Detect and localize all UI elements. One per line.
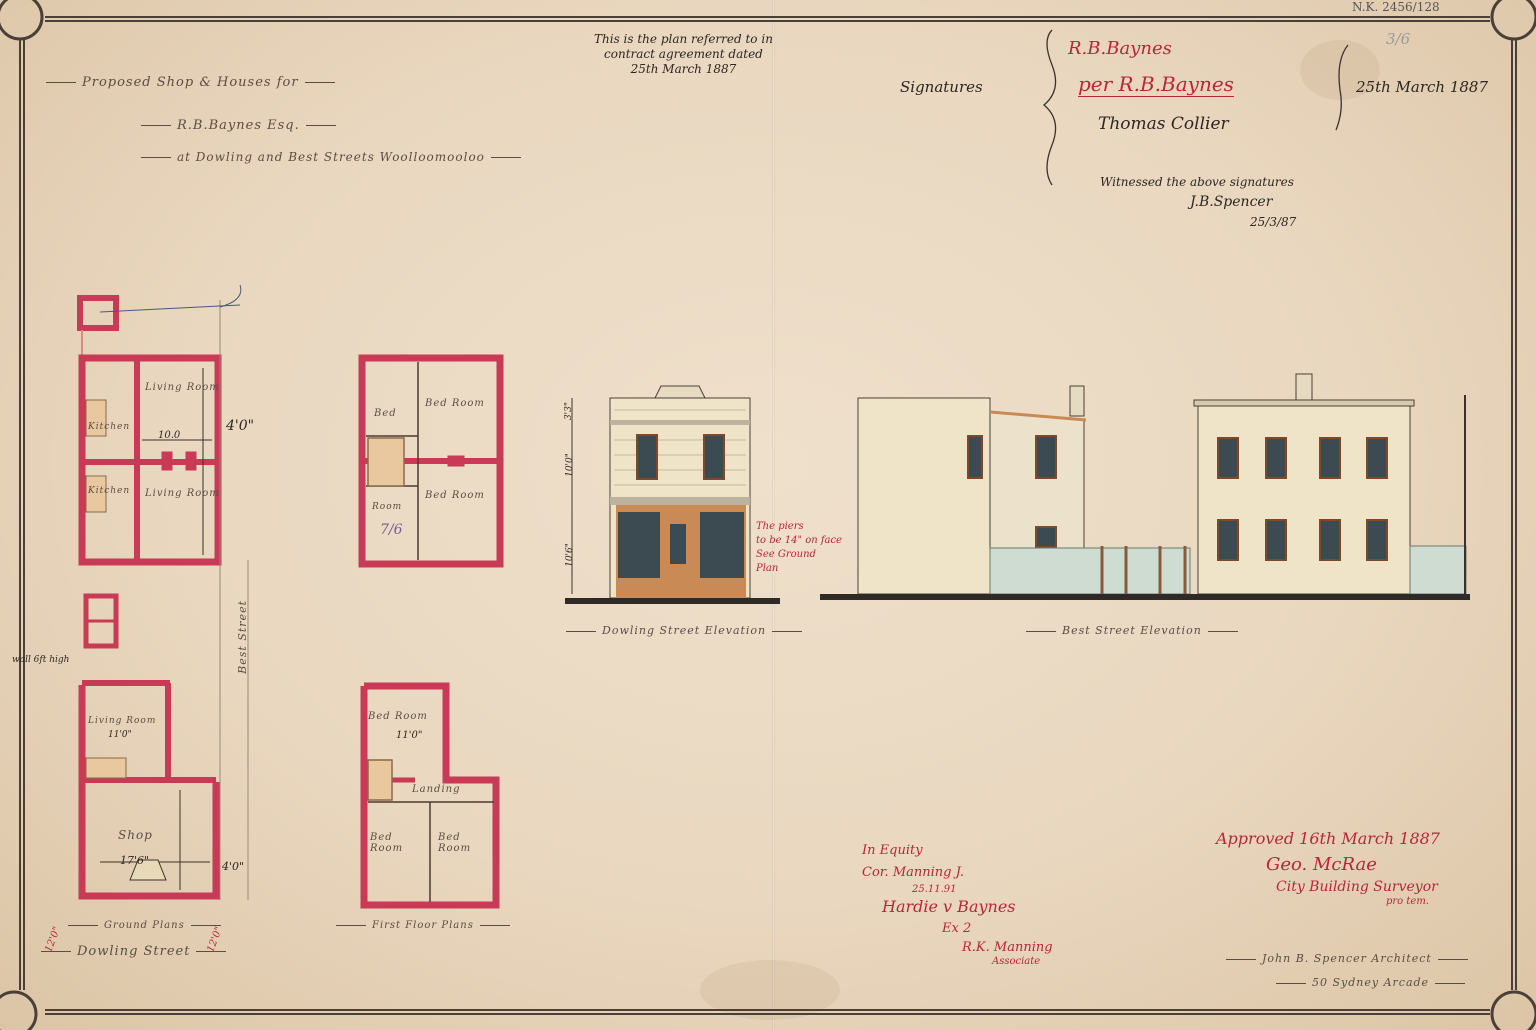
signatures-label: Signatures [900, 78, 983, 96]
title-client: R.B.Baynes Esq. [135, 118, 342, 133]
approval-pro-tem: pro tem. [1216, 896, 1440, 908]
dim-elevation: 10'0" [565, 453, 575, 477]
dim-upper: 7/6 [380, 522, 403, 538]
signature-date: 25th March 1887 [1356, 78, 1488, 96]
dim-elevation: 3'3" [564, 402, 574, 420]
wall-note: wall 6ft high [12, 655, 72, 665]
piers-note-line: to be 14" on face [756, 534, 842, 548]
dowling-street-label: Dowling Street [35, 944, 232, 959]
equity-line: Cor. Manning J. [862, 862, 1053, 884]
drawing-sheet: N.K. 2456/128 3/6 Proposed Shop & Houses… [0, 0, 1536, 1030]
equity-date: 25.11.91 [862, 884, 1053, 896]
best-elevation-caption: Best Street Elevation [1020, 624, 1244, 637]
room-label: Living Room [145, 488, 220, 499]
room-label-landing: Landing [412, 784, 460, 795]
equity-associate-title: Associate [862, 956, 1053, 968]
piers-note-line: Plan [756, 562, 842, 576]
approval-title: City Building Surveyor [1216, 878, 1440, 896]
room-label: Kitchen [88, 486, 130, 496]
room-label-shop: Shop [118, 828, 153, 842]
dim-side: 4'0" [226, 418, 254, 434]
equity-note: In Equity Cor. Manning J. 25.11.91 Hardi… [862, 840, 1053, 968]
approval-date: Approved 16th March 1887 [1216, 826, 1440, 852]
piers-note-line: The piers [756, 520, 842, 534]
equity-exhibit: Ex 2 [862, 918, 1053, 940]
best-elevation [820, 374, 1470, 600]
piers-note: The piers to be 14" on face See Ground P… [756, 520, 842, 576]
dowling-elevation [565, 386, 780, 604]
catalogue-ref: N.K. 2456/128 [1352, 0, 1440, 14]
first-floor-caption: First Floor Plans [330, 920, 516, 931]
dim-lower: 11'0" [396, 730, 422, 741]
room-label: Bed [374, 408, 397, 419]
architect-address: 50 Sydney Arcade [1270, 976, 1471, 989]
witness-signature: J.B.Spencer [1100, 192, 1296, 212]
architect-name: John B. Spencer Architect [1220, 952, 1474, 965]
dim-shop-width: 17'6" [120, 854, 149, 867]
dowling-elevation-caption: Dowling Street Elevation [560, 624, 808, 637]
room-label: Bed Room [368, 711, 428, 722]
room-label: Bed Room [370, 832, 420, 854]
signature-thomas-collier: Thomas Collier [1098, 114, 1229, 134]
title-line-1: Proposed Shop & Houses for [40, 75, 341, 90]
equity-line: In Equity [862, 840, 1053, 862]
witness-line: Witnessed the above signatures [1100, 172, 1296, 192]
approval-stamp: Approved 16th March 1887 Geo. McRae City… [1216, 826, 1440, 908]
contract-note: This is the plan referred to in contract… [594, 32, 773, 77]
dim-shop-side: 4'0" [222, 860, 244, 873]
room-label: Kitchen [88, 422, 130, 432]
ground-plan-caption: Ground Plans [62, 920, 227, 931]
room-label: Living Room [88, 716, 156, 726]
approval-signature: Geo. McRae [1216, 852, 1440, 878]
contract-note-line: This is the plan referred to in [594, 32, 773, 47]
room-label: Bed Room [438, 832, 488, 854]
witness-note: Witnessed the above signatures J.B.Spenc… [1100, 172, 1296, 232]
equity-case: Hardie v Baynes [862, 896, 1053, 918]
signature-per-rb-baynes: per R.B.Baynes [1078, 72, 1234, 97]
witness-date: 25/3/87 [1100, 212, 1296, 232]
contract-note-line: contract agreement dated [594, 47, 773, 62]
contract-note-date: 25th March 1887 [594, 62, 773, 77]
room-label: Living Room [145, 382, 220, 393]
signature-rb-baynes: R.B.Baynes [1068, 38, 1172, 59]
sheet-mark: 3/6 [1386, 30, 1410, 48]
room-label: Room [372, 502, 402, 512]
dim-living-width: 10.0 [158, 430, 180, 441]
dim-rear-living: 11'0" [108, 730, 132, 740]
room-label: Bed Room [425, 398, 485, 409]
room-label: Bed Room [425, 490, 485, 501]
piers-note-line: See Ground [756, 548, 842, 562]
best-street-label: Best Street [236, 600, 249, 674]
equity-associate: R.K. Manning [862, 940, 1053, 956]
title-location: at Dowling and Best Streets Woolloomoolo… [135, 150, 527, 164]
dim-elevation: 10'6" [565, 543, 575, 567]
